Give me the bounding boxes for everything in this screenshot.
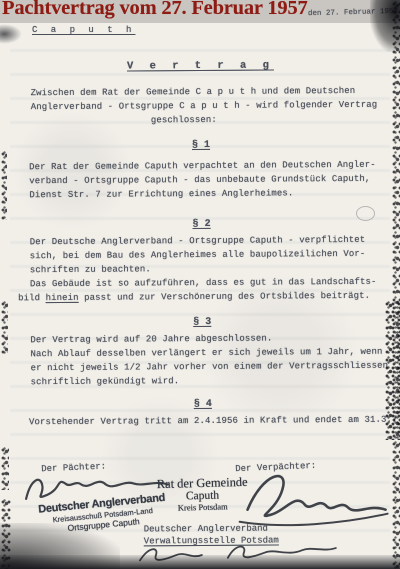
- scan-noise-bottom-edge: [0, 555, 400, 569]
- contract-title: V e r t r a g: [0, 59, 400, 74]
- section-2-line-part: passt und zur Verschönerung des Ortsbild…: [79, 291, 371, 303]
- scan-noise-left-edge: [0, 300, 8, 355]
- section-1-line: verband - Ortsgruppe Caputh - das unbeba…: [29, 174, 370, 186]
- section-2-heading: § 2: [2, 218, 400, 232]
- scan-blob-top-right: [370, 0, 400, 52]
- section-3-line: Nach Ablauf desselben verlängert er sich…: [30, 347, 382, 359]
- section-2-line: bild hinein passt und zur Verschönerung …: [18, 291, 370, 303]
- page-title: Pachtvertrag vom 27. Februar 1957: [2, 0, 308, 20]
- section-3-line: Der Vertrag wird auf 20 Jahre abgeschlos…: [30, 334, 272, 346]
- association-line: Deutscher Anglerverband: [144, 523, 279, 535]
- scanned-contract-page: Pachtvertrag vom 27. Februar 1957 den 27…: [0, 0, 400, 569]
- scan-noise-left-edge: [0, 446, 9, 490]
- section-2-line: Der Deutsche Anglerverband - Ortsgruppe …: [30, 235, 366, 247]
- section-1-line: Der Rat der Gemeinde Caputh verpachtet a…: [29, 160, 376, 172]
- place-name: C a p u t h: [32, 25, 135, 35]
- underlined-word: hinein: [46, 293, 79, 303]
- ring-artifact: [356, 206, 375, 221]
- section-2-line: Das Gebäude ist so aufzuführen, dass es …: [30, 277, 377, 289]
- section-2-line-part: bild: [18, 293, 46, 303]
- scan-smudge-top-left: [0, 24, 22, 44]
- scan-noise-right-edge: [391, 0, 400, 569]
- intro-line: geschlossen:: [151, 115, 217, 125]
- section-3-heading: § 3: [2, 316, 400, 330]
- intro-line: Zwischen dem Rat der Gemeinde C a p u t …: [31, 86, 356, 98]
- section-1-heading: § 1: [1, 139, 400, 153]
- scan-noise-left-edge: [0, 150, 7, 220]
- scan-noise-right-mid: [384, 300, 400, 440]
- section-4-line: Vorstehender Vertrag tritt am 2.4.1956 i…: [29, 415, 398, 428]
- section-1-line: Dienst Str. 7 zur Errichtung eines Angle…: [29, 188, 293, 200]
- section-3-line: schriftlich gekündigt wird.: [31, 376, 180, 387]
- lessor-signature: [225, 465, 395, 532]
- intro-line: Anglerverband - Ortsgruppe C a p u t h -…: [31, 100, 378, 112]
- section-2-line: schriften zu beachten.: [30, 264, 151, 275]
- section-3-line: er nicht jeweils 1/2 Jahr vorher von ein…: [31, 361, 389, 373]
- section-2-line: sich, bei dem Bau des Anglerheimes alle …: [30, 249, 366, 261]
- section-4-heading: § 4: [3, 398, 400, 412]
